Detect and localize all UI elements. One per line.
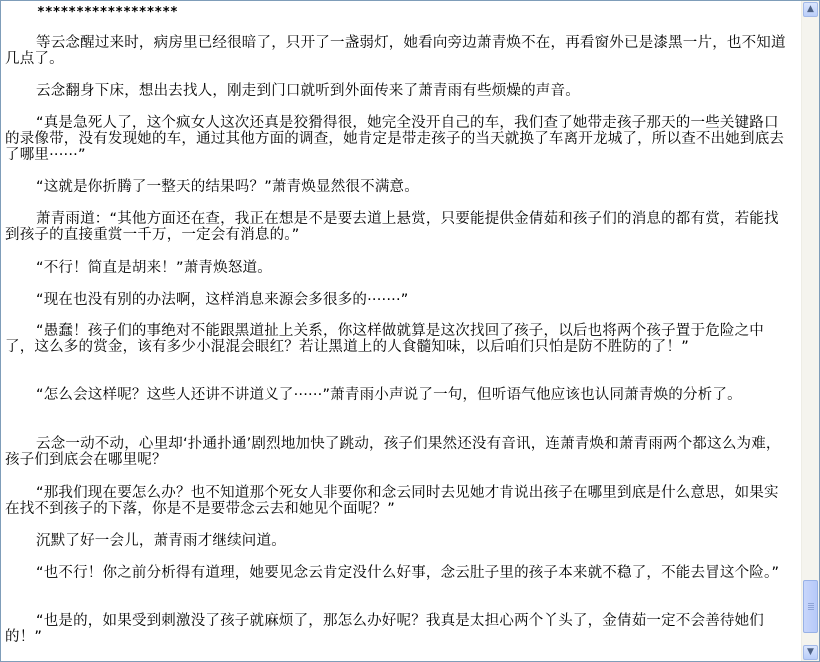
paragraph: 等云念醒过来时，病房里已经很暗了，只开了一盏弱灯，她看向旁边萧青焕不在，再看窗外… — [5, 35, 787, 67]
paragraph: 沉默了好一会儿，萧青雨才继续问道。 — [5, 533, 787, 549]
paragraph: “也不行！你之前分析得有道理，她要见念云肯定没什么好事，念云肚子里的孩子本来就不… — [5, 565, 787, 581]
paragraph: “那我们现在要怎么办？也不知道那个死女人非要你和念云同时去见她才肯说出孩子在哪里… — [5, 485, 787, 517]
paragraph: “不行！简直是胡来！”萧青焕怒道。 — [5, 260, 787, 276]
paragraph: “愚蠢！孩子们的事绝对不能跟黑道扯上关系，你这样做就算是这次找回了孩子，以后也将… — [5, 323, 787, 355]
document-viewer: ****************** 等云念醒过来时，病房里已经很暗了，只开了一… — [0, 0, 820, 662]
chevron-down-icon: ▼ — [807, 648, 814, 657]
paragraph: 云念一动不动，心里却‘扑通扑通’剧烈地加快了跳动，孩子们果然还没有音讯，连萧青焕… — [5, 436, 787, 468]
paragraph: 萧青雨道：“其他方面还在查，我正在想是不是要去道上悬赏，只要能提供金倩茹和孩子们… — [5, 211, 787, 243]
paragraph: 云念翻身下床，想出去找人，刚走到门口就听到外面传来了萧青雨有些烦燥的声音。 — [5, 83, 787, 99]
paragraph: “怎么会这样呢？这些人还讲不讲道义了······”萧青雨小声说了一句，但听语气他… — [5, 387, 787, 403]
vertical-scrollbar[interactable]: ▲ ▼ — [801, 1, 819, 661]
grip-icon — [808, 603, 814, 610]
scroll-up-button[interactable]: ▲ — [803, 2, 818, 17]
section-separator: ****************** — [37, 5, 178, 21]
scrollbar-thumb[interactable] — [803, 580, 818, 633]
scroll-down-button[interactable]: ▼ — [803, 645, 818, 660]
chevron-up-icon: ▲ — [807, 5, 814, 14]
text-content: ****************** 等云念醒过来时，病房里已经很暗了，只开了一… — [5, 1, 791, 661]
paragraph: “现在也没有别的办法啊，这样消息来源会多很多的·······” — [5, 292, 787, 308]
paragraph: “也是的，如果受到刺激没了孩子就麻烦了，那怎么办好呢？我真是太担心两个丫头了，金… — [5, 613, 787, 645]
paragraph: “真是急死人了，这个疯女人这次还真是狡猾得很，她完全没开自己的车，我们查了她带走… — [5, 115, 787, 163]
paragraph: “这就是你折腾了一整天的结果吗？”萧青焕显然很不满意。 — [5, 179, 787, 195]
